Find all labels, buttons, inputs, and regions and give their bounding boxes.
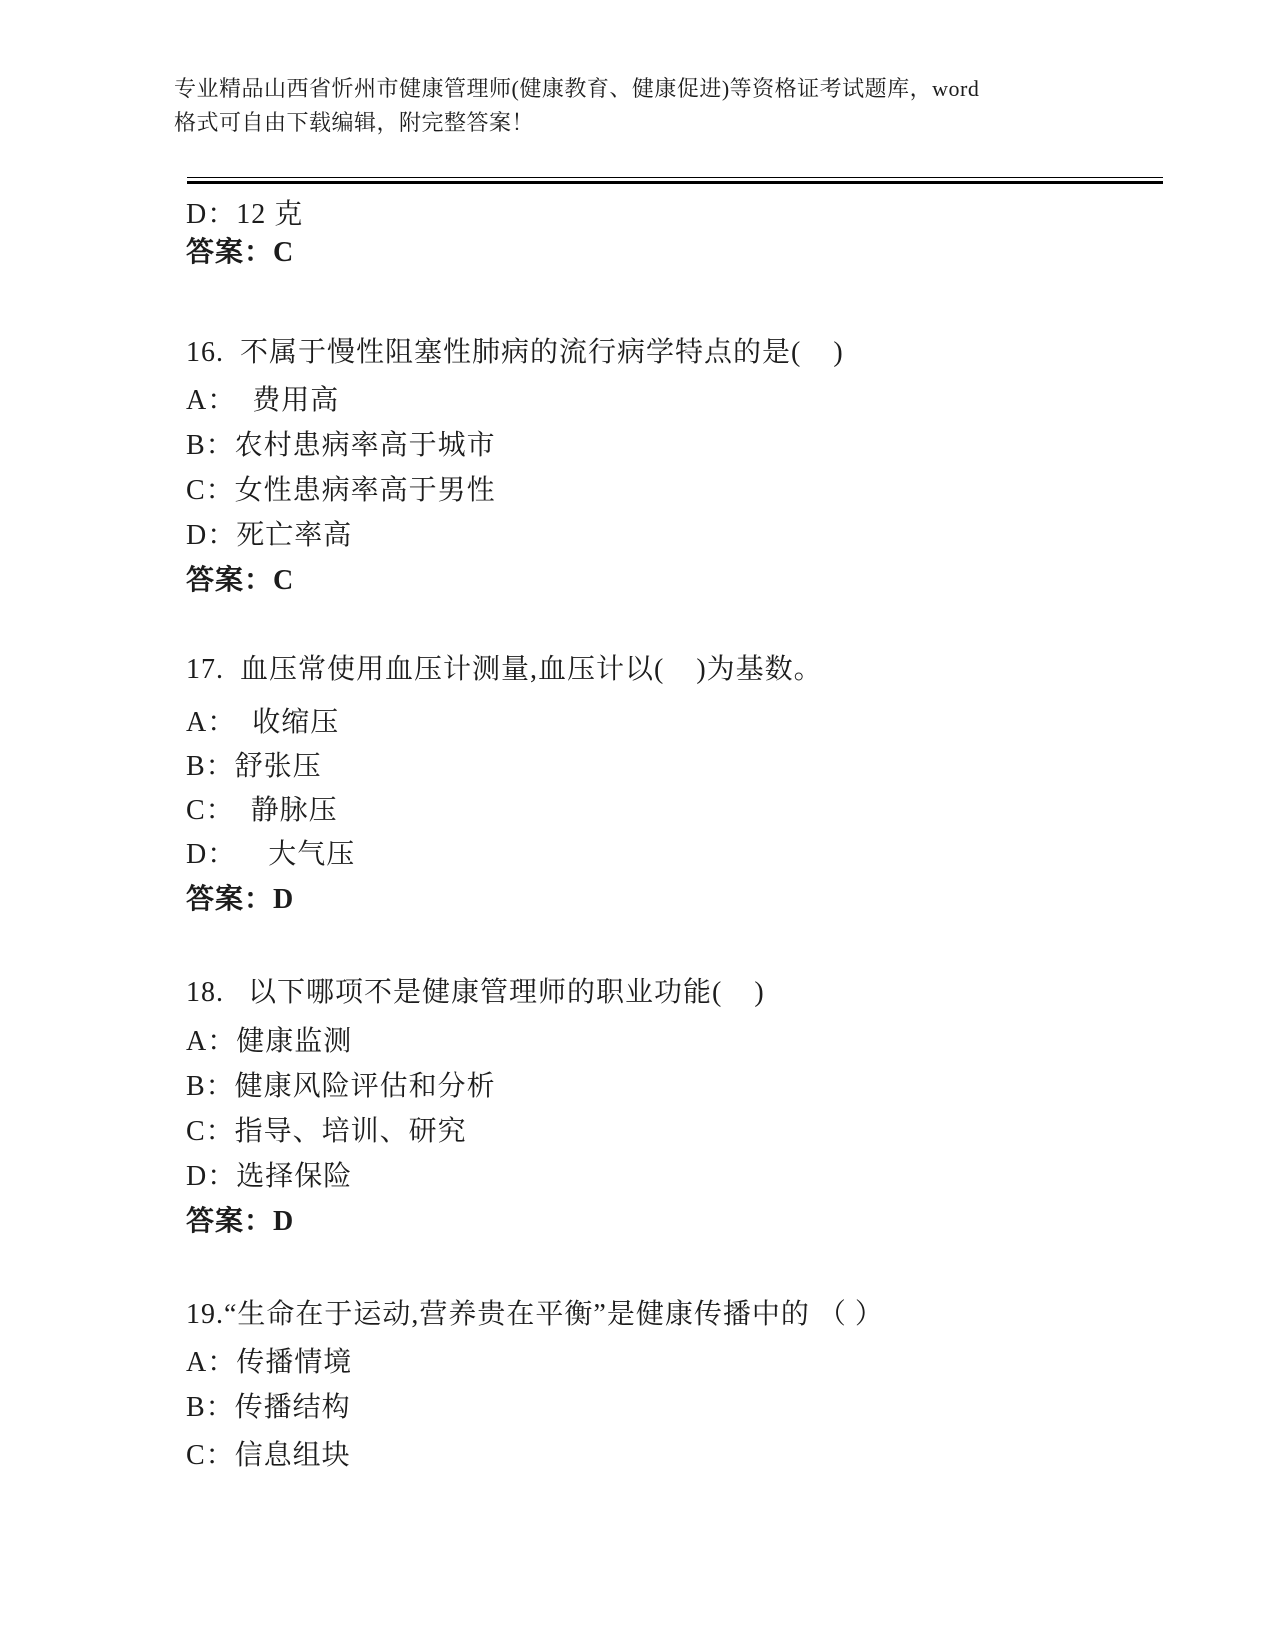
question-16-option-a: A： 费用高 [186,378,1186,423]
header-line-2: 格式可自由下载编辑，附完整答案！ [174,106,1134,140]
carryover-answer: 答案：C [186,230,1186,275]
question-18-option-c: C：指导、培训、研究 [186,1109,1186,1154]
question-17-answer: 答案：D [186,877,1186,922]
question-17-option-d: D： 大气压 [186,832,1186,877]
question-19-option-a: A：传播情境 [186,1340,1186,1385]
question-19-option-c: C：信息组块 [186,1433,1186,1478]
question-16-option-b: B：农村患病率高于城市 [186,423,1186,468]
document-page: 专业精品山西省忻州市健康管理师(健康教育、健康促进)等资格证考试题库，word … [0,0,1275,1650]
header-divider-rule [187,177,1163,184]
header-line-1: 专业精品山西省忻州市健康管理师(健康教育、健康促进)等资格证考试题库，word [174,72,1134,106]
question-18-answer: 答案：D [186,1199,1186,1244]
question-16-text: 16. 不属于慢性阻塞性肺病的流行病学特点的是( ) [186,330,1186,375]
question-17-option-a: A： 收缩压 [186,700,1186,745]
question-17-option-c: C： 静脉压 [186,788,1186,833]
question-18-option-a: A：健康监测 [186,1019,1186,1064]
question-16-answer: 答案：C [186,558,1186,603]
question-17-option-b: B：舒张压 [186,744,1186,789]
question-16-option-d: D：死亡率高 [186,513,1186,558]
question-18-option-d: D：选择保险 [186,1154,1186,1199]
question-19-option-b: B：传播结构 [186,1385,1186,1430]
question-17-text: 17. 血压常使用血压计测量,血压计以( )为基数。 [186,647,1186,692]
question-18-text: 18. 以下哪项不是健康管理师的职业功能( ) [186,970,1186,1015]
question-18-option-b: B：健康风险评估和分析 [186,1064,1186,1109]
question-16-option-c: C：女性患病率高于男性 [186,468,1186,513]
question-19-text: 19.“生命在于运动,营养贵在平衡”是健康传播中的 （ ） [186,1292,1186,1337]
